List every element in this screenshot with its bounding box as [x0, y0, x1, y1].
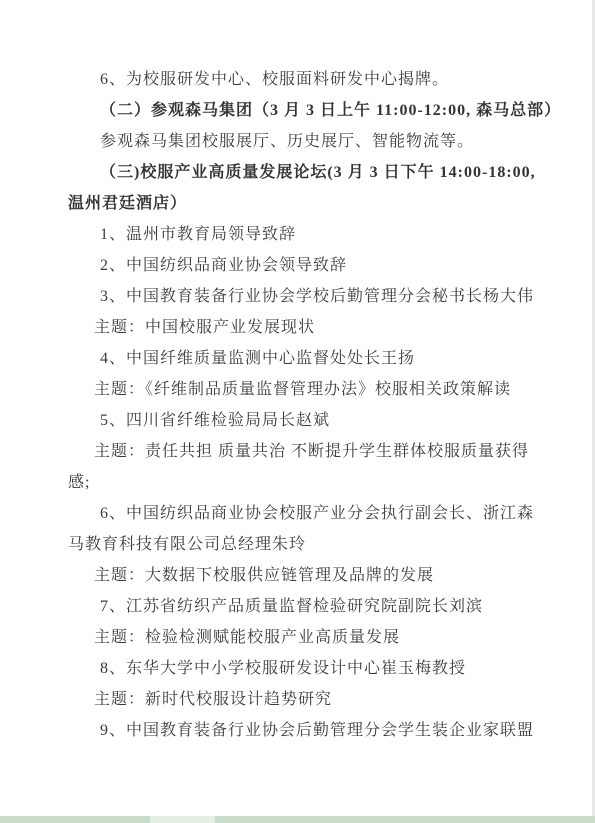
doc-line-section-3-heading-cont: 温州君廷酒店） — [68, 188, 558, 219]
doc-line: 3、中国教育装备行业协会学校后勤管理分会秘书长杨大伟 — [68, 281, 558, 312]
doc-line: 6、为校服研发中心、校服面料研发中心揭牌。 — [68, 64, 558, 95]
doc-line-topic: 主题：《纤维制品质量监督管理办法》校服相关政策解读 — [68, 374, 558, 405]
doc-line-topic: 主题：大数据下校服供应链管理及品牌的发展 — [68, 560, 558, 591]
doc-line-topic: 主题：责任共担 质量共治 不断提升学生群体校服质量获得 — [68, 436, 558, 467]
page-bottom-edge — [0, 816, 595, 823]
doc-line: 参观森马集团校服展厅、历史展厅、智能物流等。 — [68, 126, 558, 157]
doc-line-topic: 主题：检验检测赋能校服产业高质量发展 — [68, 622, 558, 653]
doc-line: 6、中国纺织品商业协会校服产业分会执行副会长、浙江森 — [68, 498, 558, 529]
doc-line-section-3-heading: （三)校服产业高质量发展论坛(3 月 3 日下午 14:00-18:00, — [68, 157, 558, 188]
doc-line-section-2-heading: （二）参观森马集团（3 月 3 日上午 11:00-12:00, 森马总部） — [68, 95, 558, 126]
doc-line: 7、江苏省纺织产品质量监督检验研究院副院长刘滨 — [68, 591, 558, 622]
doc-line: 9、中国教育装备行业协会后勤管理分会学生装企业家联盟 — [68, 715, 558, 746]
doc-line-topic: 主题：中国校服产业发展现状 — [68, 312, 558, 343]
doc-line: 2、中国纺织品商业协会领导致辞 — [68, 250, 558, 281]
doc-line: 8、东华大学中小学校服研发设计中心崔玉梅教授 — [68, 653, 558, 684]
document-page: 6、为校服研发中心、校服面料研发中心揭牌。 （二）参观森马集团（3 月 3 日上… — [0, 0, 595, 823]
doc-line: 4、中国纤维质量监测中心监督处处长王扬 — [68, 343, 558, 374]
doc-line: 1、温州市教育局领导致辞 — [68, 219, 558, 250]
page-edge-highlight — [150, 816, 215, 823]
doc-line-topic: 主题：新时代校服设计趋势研究 — [68, 684, 558, 715]
doc-line: 5、四川省纤维检验局局长赵斌 — [68, 405, 558, 436]
doc-line-topic-cont: 感; — [68, 467, 558, 498]
document-text-block: 6、为校服研发中心、校服面料研发中心揭牌。 （二）参观森马集团（3 月 3 日上… — [68, 64, 558, 746]
doc-line-cont: 马教育科技有限公司总经理朱玲 — [68, 529, 558, 560]
